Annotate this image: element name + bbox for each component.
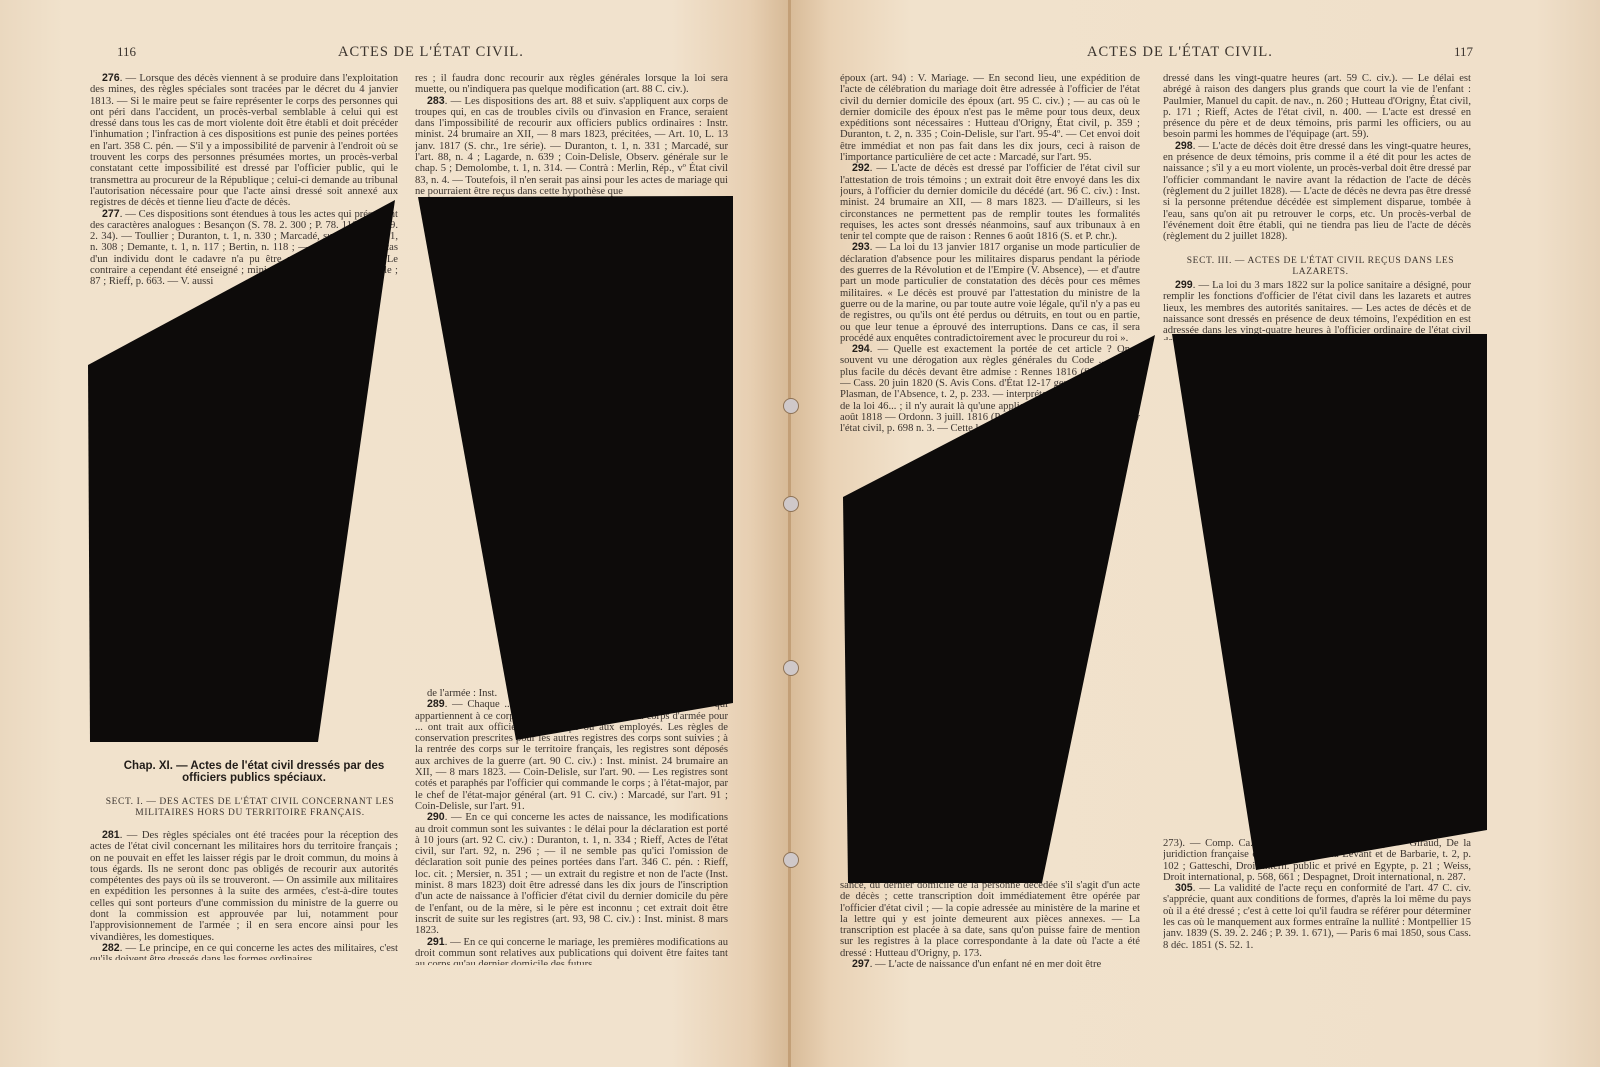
text-column: dressé dans les vingt-quatre heures (art… [1163,73,1471,248]
paragraph: sance, du dernier domicile de la personn… [840,880,1140,959]
paragraph: 297. — L'acte de naissance d'un enfant n… [840,959,1140,970]
left-page: 116 ACTES DE L'ÉTAT CIVIL. 276. — Lorsqu… [0,0,790,1067]
page-number: 117 [1454,44,1473,60]
running-head: ACTES DE L'ÉTAT CIVIL. [338,44,524,61]
running-head: ACTES DE L'ÉTAT CIVIL. [1087,44,1273,61]
paragraph: époux (art. 94) : V. Mariage. — En secon… [840,73,1140,163]
paragraph: 282. — Le principe, en ce qui concerne l… [90,943,398,960]
paragraph: dressé dans les vingt-quatre heures (art… [1163,73,1471,141]
section-heading: SECT. I. — DES ACTES DE L'ÉTAT CIVIL CON… [100,797,400,819]
paragraph: res ; il faudra donc recourir aux règles… [415,73,728,96]
paragraph: 299. — La loi du 3 mars 1822 sur la poli… [1163,280,1471,340]
paragraph: 276. — Lorsque des décès viennent à se p… [90,73,398,209]
text-column: époux (art. 94) : V. Mariage. — En secon… [840,73,1140,493]
paragraph: de l'armée : Inst. [415,688,728,699]
paragraph: 281. — Des règles spéciales ont été trac… [90,830,398,943]
paragraph: 294. — Quelle est exactement la portée d… [840,344,1140,434]
text-column: 276. — Lorsque des décès viennent à se p… [90,73,398,628]
paragraph: 298. — L'acte de décès doit être dressé … [1163,141,1471,243]
book-spine [788,0,791,1067]
binding-hole [783,660,799,676]
page-number: 116 [117,44,136,60]
section-heading: SECT. III. — ACTES DE L'ÉTAT CIVIL REÇUS… [1168,256,1473,278]
binding-hole [783,398,799,414]
paragraph: 273). — Comp. Ca... P. 65. 770 ; D. 65. … [1163,838,1471,883]
paragraph: 277. — Ces dispositions sont étendues à … [90,209,398,288]
paragraph: 305. — La validité de l'acte reçu en con… [1163,883,1471,951]
paragraph: 292. — L'acte de décès est dressé par l'… [840,163,1140,242]
right-page: ACTES DE L'ÉTAT CIVIL. 117 époux (art. 9… [790,0,1600,1067]
text-column: de l'armée : Inst. 289. — Chaque ... des… [415,200,728,965]
text-column: 299. — La loi du 3 mars 1822 sur la poli… [1163,280,1471,340]
paragraph: 290. — En ce qui concerne les actes de n… [415,812,728,936]
text-column: 281. — Des règles spéciales ont été trac… [90,830,398,960]
paragraph: 293. — La loi du 13 janvier 1817 organis… [840,242,1140,344]
text-column: res ; il faudra donc recourir aux règles… [415,73,728,198]
chapter-title: Chap. XI. — Actes de l'état civil dressé… [104,760,404,784]
binding-hole [783,852,799,868]
text-column: sance, du dernier domicile de la personn… [840,880,1140,970]
paragraph: 283. — Les dispositions des art. 88 et s… [415,96,728,198]
text-column: 273). — Comp. Ca... P. 65. 770 ; D. 65. … [1163,838,1471,968]
binding-hole [783,496,799,512]
paragraph: 291. — En ce qui concerne le mariage, le… [415,937,728,965]
paragraph: 289. — Chaque ... destiné à recevoir les… [415,699,728,812]
